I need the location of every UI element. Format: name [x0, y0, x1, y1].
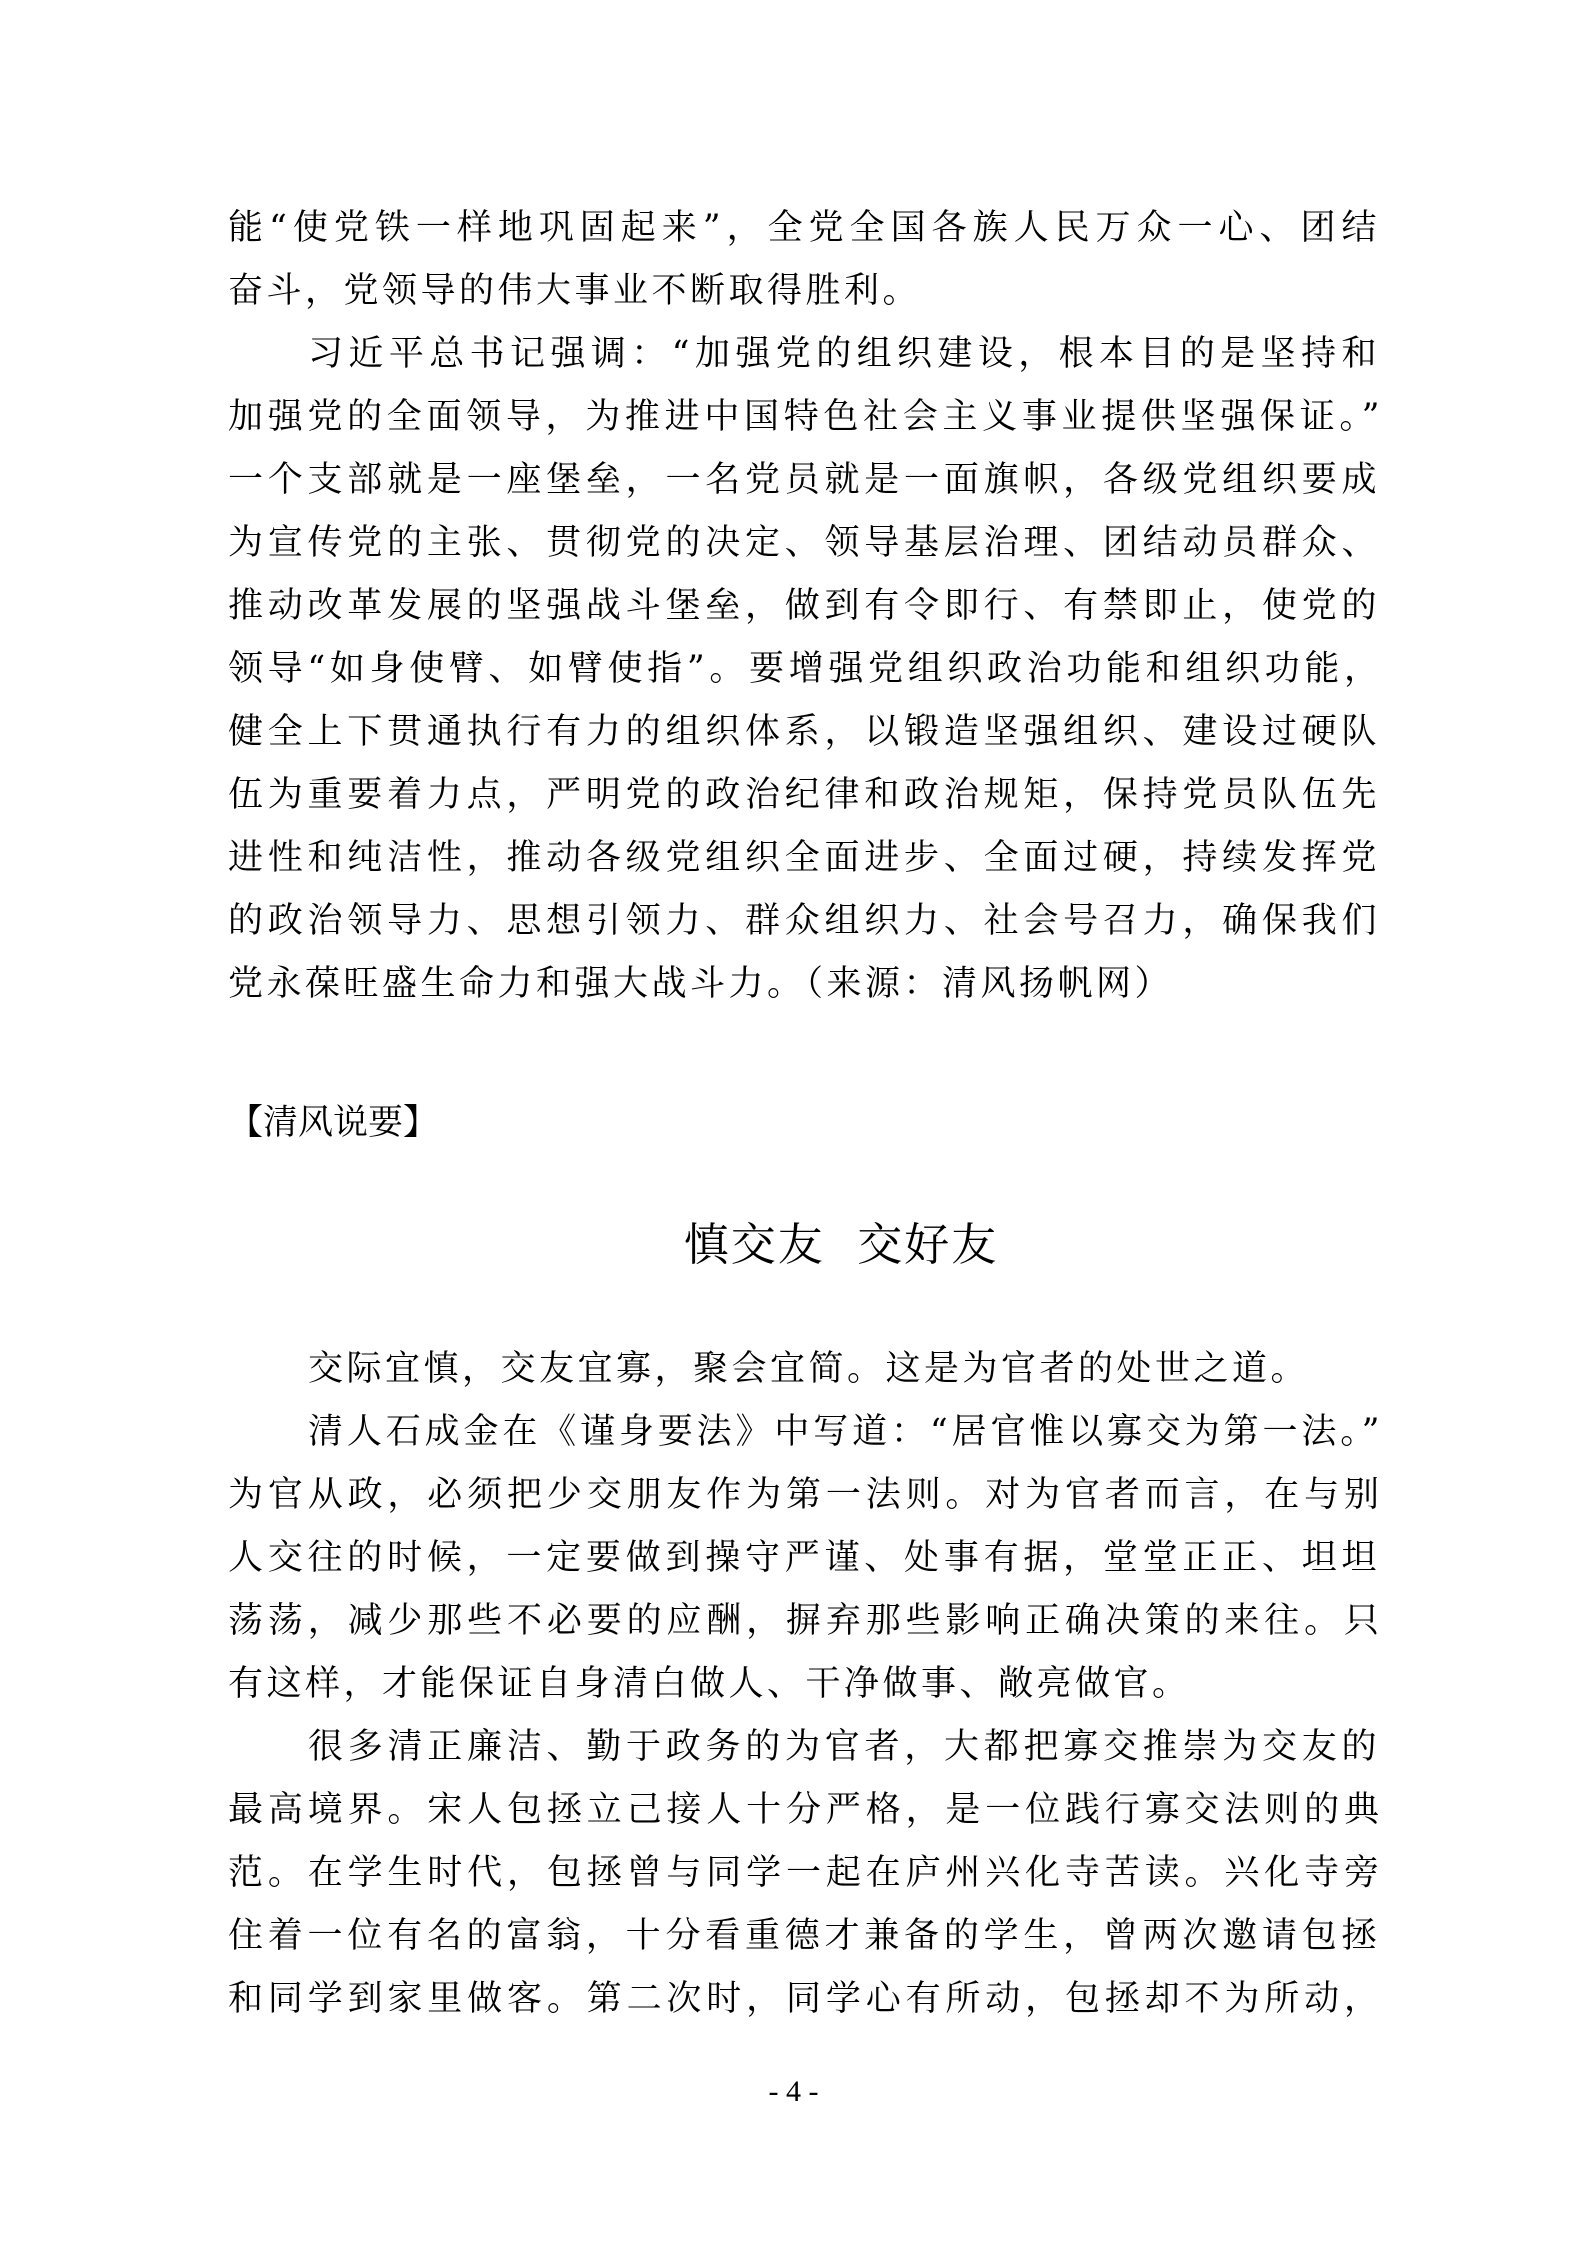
text-line: 加强党的全面领导，为推进中国特色社会主义事业提供坚强保证。” — [228, 386, 1380, 449]
text-line: 一个支部就是一座堡垒，一名党员就是一面旗帜，各级党组织要成 — [228, 449, 1380, 512]
text-line: 的政治领导力、思想引领力、群众组织力、社会号召力，确保我们 — [228, 890, 1380, 953]
text-line: 住着一位有名的富翁，十分看重德才兼备的学生，曾两次邀请包拯 — [228, 1905, 1380, 1968]
text-line: 健全上下贯通执行有力的组织体系，以锻造坚强组织、建设过硬队 — [228, 701, 1380, 764]
text-line: 进性和纯洁性，推动各级党组织全面进步、全面过硬，持续发挥党 — [228, 827, 1380, 890]
text-line: 奋斗，党领导的伟大事业不断取得胜利。 — [228, 260, 1380, 323]
text-line: 党永葆旺盛生命力和强大战斗力。（来源：清风扬帆网） — [228, 953, 1380, 1016]
page-number: - 4 - — [0, 2072, 1587, 2112]
text-line: 交际宜慎，交友宜寡，聚会宜简。这是为官者的处世之道。 — [228, 1338, 1380, 1401]
text-line: 荡荡，减少那些不必要的应酬，摒弃那些影响正确决策的来往。只 — [228, 1590, 1380, 1653]
text-line: 和同学到家里做客。第二次时，同学心有所动，包拯却不为所动， — [228, 1968, 1380, 2031]
continued-paragraph: 能“使党铁一样地巩固起来”，全党全国各族人民万众一心、团结 奋斗，党领导的伟大事… — [228, 197, 1380, 323]
text-line: 为宣传党的主张、贯彻党的决定、领导基层治理、团结动员群众、 — [228, 512, 1380, 575]
text-line: 伍为重要着力点，严明党的政治纪律和政治规矩，保持党员队伍先 — [228, 764, 1380, 827]
text-line: 有这样，才能保证自身清白做人、干净做事、敞亮做官。 — [228, 1653, 1380, 1716]
document-page: 能“使党铁一样地巩固起来”，全党全国各族人民万众一心、团结 奋斗，党领导的伟大事… — [0, 0, 1587, 2245]
article-paragraph-1: 交际宜慎，交友宜寡，聚会宜简。这是为官者的处世之道。 — [228, 1338, 1380, 1401]
article-title: 慎交友 交好友 — [0, 1215, 1587, 1275]
section-label: 【清风说要】 — [228, 1098, 438, 1148]
text-line: 清人石成金在《谨身要法》中写道：“居官惟以寡交为第一法。” — [228, 1401, 1380, 1464]
article-paragraph-2: 清人石成金在《谨身要法》中写道：“居官惟以寡交为第一法。” 为官从政，必须把少交… — [228, 1401, 1380, 1716]
text-line: 为官从政，必须把少交朋友作为第一法则。对为官者而言，在与别 — [228, 1464, 1380, 1527]
paragraph-organization-building: 习近平总书记强调：“加强党的组织建设，根本目的是坚持和 加强党的全面领导，为推进… — [228, 323, 1380, 1016]
article-paragraph-3: 很多清正廉洁、勤于政务的为官者，大都把寡交推崇为交友的 最高境界。宋人包拯立己接… — [228, 1716, 1380, 2031]
text-line: 最高境界。宋人包拯立己接人十分严格，是一位践行寡交法则的典 — [228, 1779, 1380, 1842]
text-line: 领导“如身使臂、如臂使指”。要增强党组织政治功能和组织功能， — [228, 638, 1380, 701]
text-line: 很多清正廉洁、勤于政务的为官者，大都把寡交推崇为交友的 — [228, 1716, 1380, 1779]
text-line: 人交往的时候，一定要做到操守严谨、处事有据，堂堂正正、坦坦 — [228, 1527, 1380, 1590]
text-line: 推动改革发展的坚强战斗堡垒，做到有令即行、有禁即止，使党的 — [228, 575, 1380, 638]
text-line: 习近平总书记强调：“加强党的组织建设，根本目的是坚持和 — [228, 323, 1380, 386]
text-line: 能“使党铁一样地巩固起来”，全党全国各族人民万众一心、团结 — [228, 197, 1380, 260]
text-line: 范。在学生时代，包拯曾与同学一起在庐州兴化寺苦读。兴化寺旁 — [228, 1842, 1380, 1905]
